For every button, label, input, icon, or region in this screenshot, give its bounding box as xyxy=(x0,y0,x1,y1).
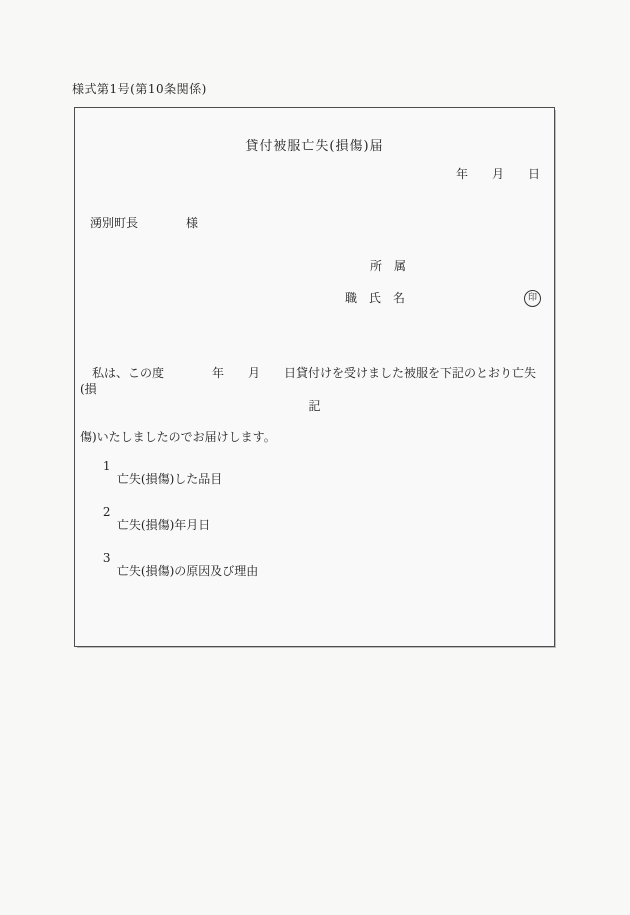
date-line: 年 月 日 xyxy=(75,168,554,181)
body-line-2: 傷)いたしましたのでお届けします。 xyxy=(80,429,549,445)
form-border-box: 貸付被服亡失(損傷)届 年 月 日 湧別町長 様 所 属 職 氏 名 印 私は、… xyxy=(74,107,555,647)
item-label: 亡失(損傷)の原因及び理由 xyxy=(117,564,258,578)
form-number-label: 様式第1号(第10条関係) xyxy=(72,83,207,96)
document-page: 様式第1号(第10条関係) 貸付被服亡失(損傷)届 年 月 日 湧別町長 様 所… xyxy=(0,0,630,915)
seal-icon: 印 xyxy=(524,290,541,307)
name-label: 職 氏 名 xyxy=(345,292,405,305)
affiliation-label: 所 属 xyxy=(370,260,406,273)
item-number: 3 xyxy=(103,552,111,565)
list-item: 1 亡失(損傷)した品目 xyxy=(80,447,222,499)
addressee-line: 湧別町長 様 xyxy=(90,217,198,230)
seal-label: 印 xyxy=(528,294,537,303)
item-label: 亡失(損傷)した品目 xyxy=(117,472,222,486)
list-item: 2 亡失(損傷)年月日 xyxy=(80,493,210,545)
item-label: 亡失(損傷)年月日 xyxy=(117,518,210,532)
form-title: 貸付被服亡失(損傷)届 xyxy=(75,140,554,154)
item-number: 1 xyxy=(103,460,111,473)
item-number: 2 xyxy=(103,506,111,519)
list-item: 3 亡失(損傷)の原因及び理由 xyxy=(80,539,258,591)
list-header: 記 xyxy=(75,400,554,413)
body-line-1: 私は、この度 年 月 日貸付けを受けました被服を下記のとおり亡失(損 xyxy=(80,365,549,397)
